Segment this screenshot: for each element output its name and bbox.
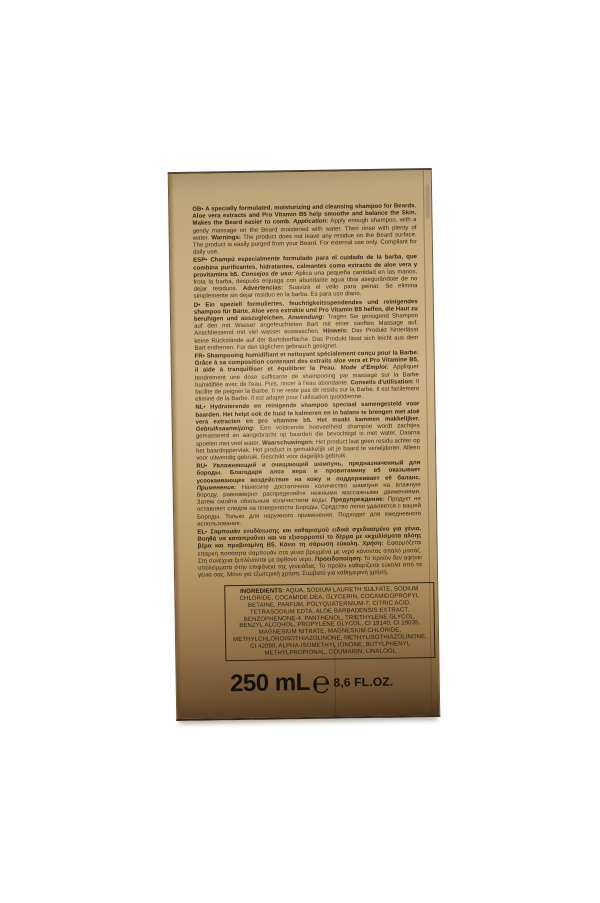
ingredients-list: AQUA, SODIUM LAURETH SULFATE, SODIUM CHL… xyxy=(233,587,427,657)
language-section-gb: GB• A specially formulated, moisturizing… xyxy=(192,203,417,257)
language-section-d: D• Ein speziell formuliertes, feuchtigke… xyxy=(194,299,419,353)
language-section-fr: FR• Shampooing humidifiant et nettoyant … xyxy=(195,350,420,404)
ingredients-label: INGREDIENTS: xyxy=(240,589,284,596)
language-section-esp: ESP• Champú especialmente formulado para… xyxy=(193,255,418,302)
photo-background: GB• A specially formulated, moisturizing… xyxy=(0,0,600,903)
ingredients-panel: INGREDIENTS: AQUA, SODIUM LAURETH SULFAT… xyxy=(224,582,435,661)
estimated-sign-icon: ℮ xyxy=(312,667,331,698)
language-section-el: EL• Σαμπουάν ενυδάτωσης και καθαρισμού ε… xyxy=(197,526,422,580)
language-section-nl: NL• Hydraterende en reinigende shampoo s… xyxy=(195,402,420,463)
product-box-back: GB• A specially formulated, moisturizing… xyxy=(168,168,441,721)
volume-ml: 250 mL xyxy=(230,669,310,698)
multilingual-directions-block: GB• A specially formulated, moisturizing… xyxy=(192,203,422,580)
box-back-face: GB• A specially formulated, moisturizing… xyxy=(169,170,440,719)
volume-statement: 250 mL ℮ 8,6 FL.OZ. xyxy=(200,665,424,700)
language-section-ru: RU• Увлажняющий и очищающий шампунь, пре… xyxy=(196,460,421,528)
volume-floz: 8,6 FL.OZ. xyxy=(333,674,393,689)
